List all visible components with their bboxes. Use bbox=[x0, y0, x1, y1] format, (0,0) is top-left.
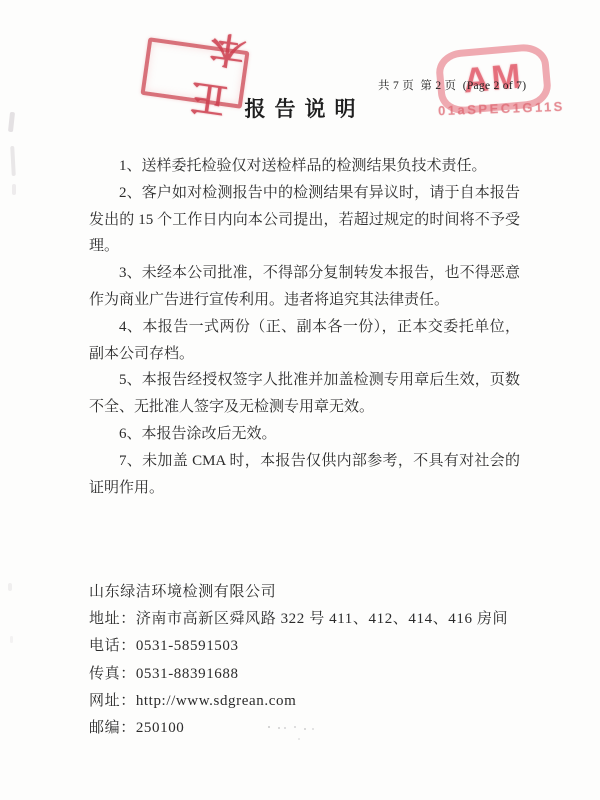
company-contact-block: 山东绿洁环境检测有限公司 地址：济南市高新区舜风路 322 号 411、412、… bbox=[89, 579, 508, 742]
address-value: 济南市高新区舜风路 322 号 411、412、414、416 房间 bbox=[136, 611, 508, 627]
scan-edge-artifact bbox=[8, 583, 12, 591]
scan-edge-artifact bbox=[12, 184, 16, 195]
scan-edge-artifact bbox=[10, 636, 13, 643]
note-item-6: 6、本报告涂改后无效。 bbox=[89, 421, 520, 448]
phone-value: 0531-58591503 bbox=[136, 638, 239, 654]
note-item-1: 1、送样委托检验仅对送检样品的检测结果负技术责任。 bbox=[89, 153, 520, 180]
fax-line: 传真：0531-88391688 bbox=[89, 661, 508, 688]
note-item-5: 5、本报告经授权签字人批准并加盖检测专用章后生效，页数不全、无批准人签字及无检测… bbox=[89, 367, 520, 421]
scanned-report-page: 正本 AM 01aSPEC1G11S 共 7 页 第 2 页 (Page 2 o… bbox=[0, 0, 600, 800]
note-item-2: 2、客户如对检测报告中的检测结果有异议时，请于自本报告发出的 15 个工作日内向… bbox=[89, 180, 520, 260]
fax-value: 0531-88391688 bbox=[136, 666, 239, 682]
scan-edge-artifact bbox=[8, 112, 15, 132]
postcode-label: 邮编： bbox=[89, 720, 136, 736]
page-number-indicator: 共 7 页 第 2 页 (Page 2 of 7) bbox=[378, 77, 526, 93]
website-line: 网址：http://www.sdgrean.com bbox=[89, 688, 508, 715]
scan-edge-artifact bbox=[10, 146, 16, 176]
phone-label: 电话： bbox=[89, 638, 136, 654]
postcode-line: 邮编：250100 bbox=[89, 715, 508, 742]
postcode-value: 250100 bbox=[136, 720, 185, 736]
address-label: 地址： bbox=[89, 611, 136, 627]
address-line: 地址：济南市高新区舜风路 322 号 411、412、414、416 房间 bbox=[89, 606, 508, 633]
note-item-3: 3、未经本公司批准，不得部分复制转发本报告，也不得恶意作为商业广告进行宣传利用。… bbox=[89, 260, 520, 314]
company-name: 山东绿洁环境检测有限公司 bbox=[89, 579, 508, 606]
phone-line: 电话：0531-58591503 bbox=[89, 633, 508, 660]
website-value: http://www.sdgrean.com bbox=[136, 693, 297, 709]
report-notes: 1、送样委托检验仅对送检样品的检测结果负技术责任。 2、客户如对检测报告中的检测… bbox=[89, 153, 520, 501]
fax-label: 传真： bbox=[89, 666, 136, 682]
scan-speckle-artifact bbox=[268, 726, 270, 728]
website-label: 网址： bbox=[89, 693, 136, 709]
note-item-4: 4、本报告一式两份（正、副本各一份），正本交委托单位，副本公司存档。 bbox=[89, 314, 520, 368]
note-item-7: 7、未加盖 CMA 时，本报告仅供内部参考，不具有对社会的证明作用。 bbox=[89, 448, 520, 502]
